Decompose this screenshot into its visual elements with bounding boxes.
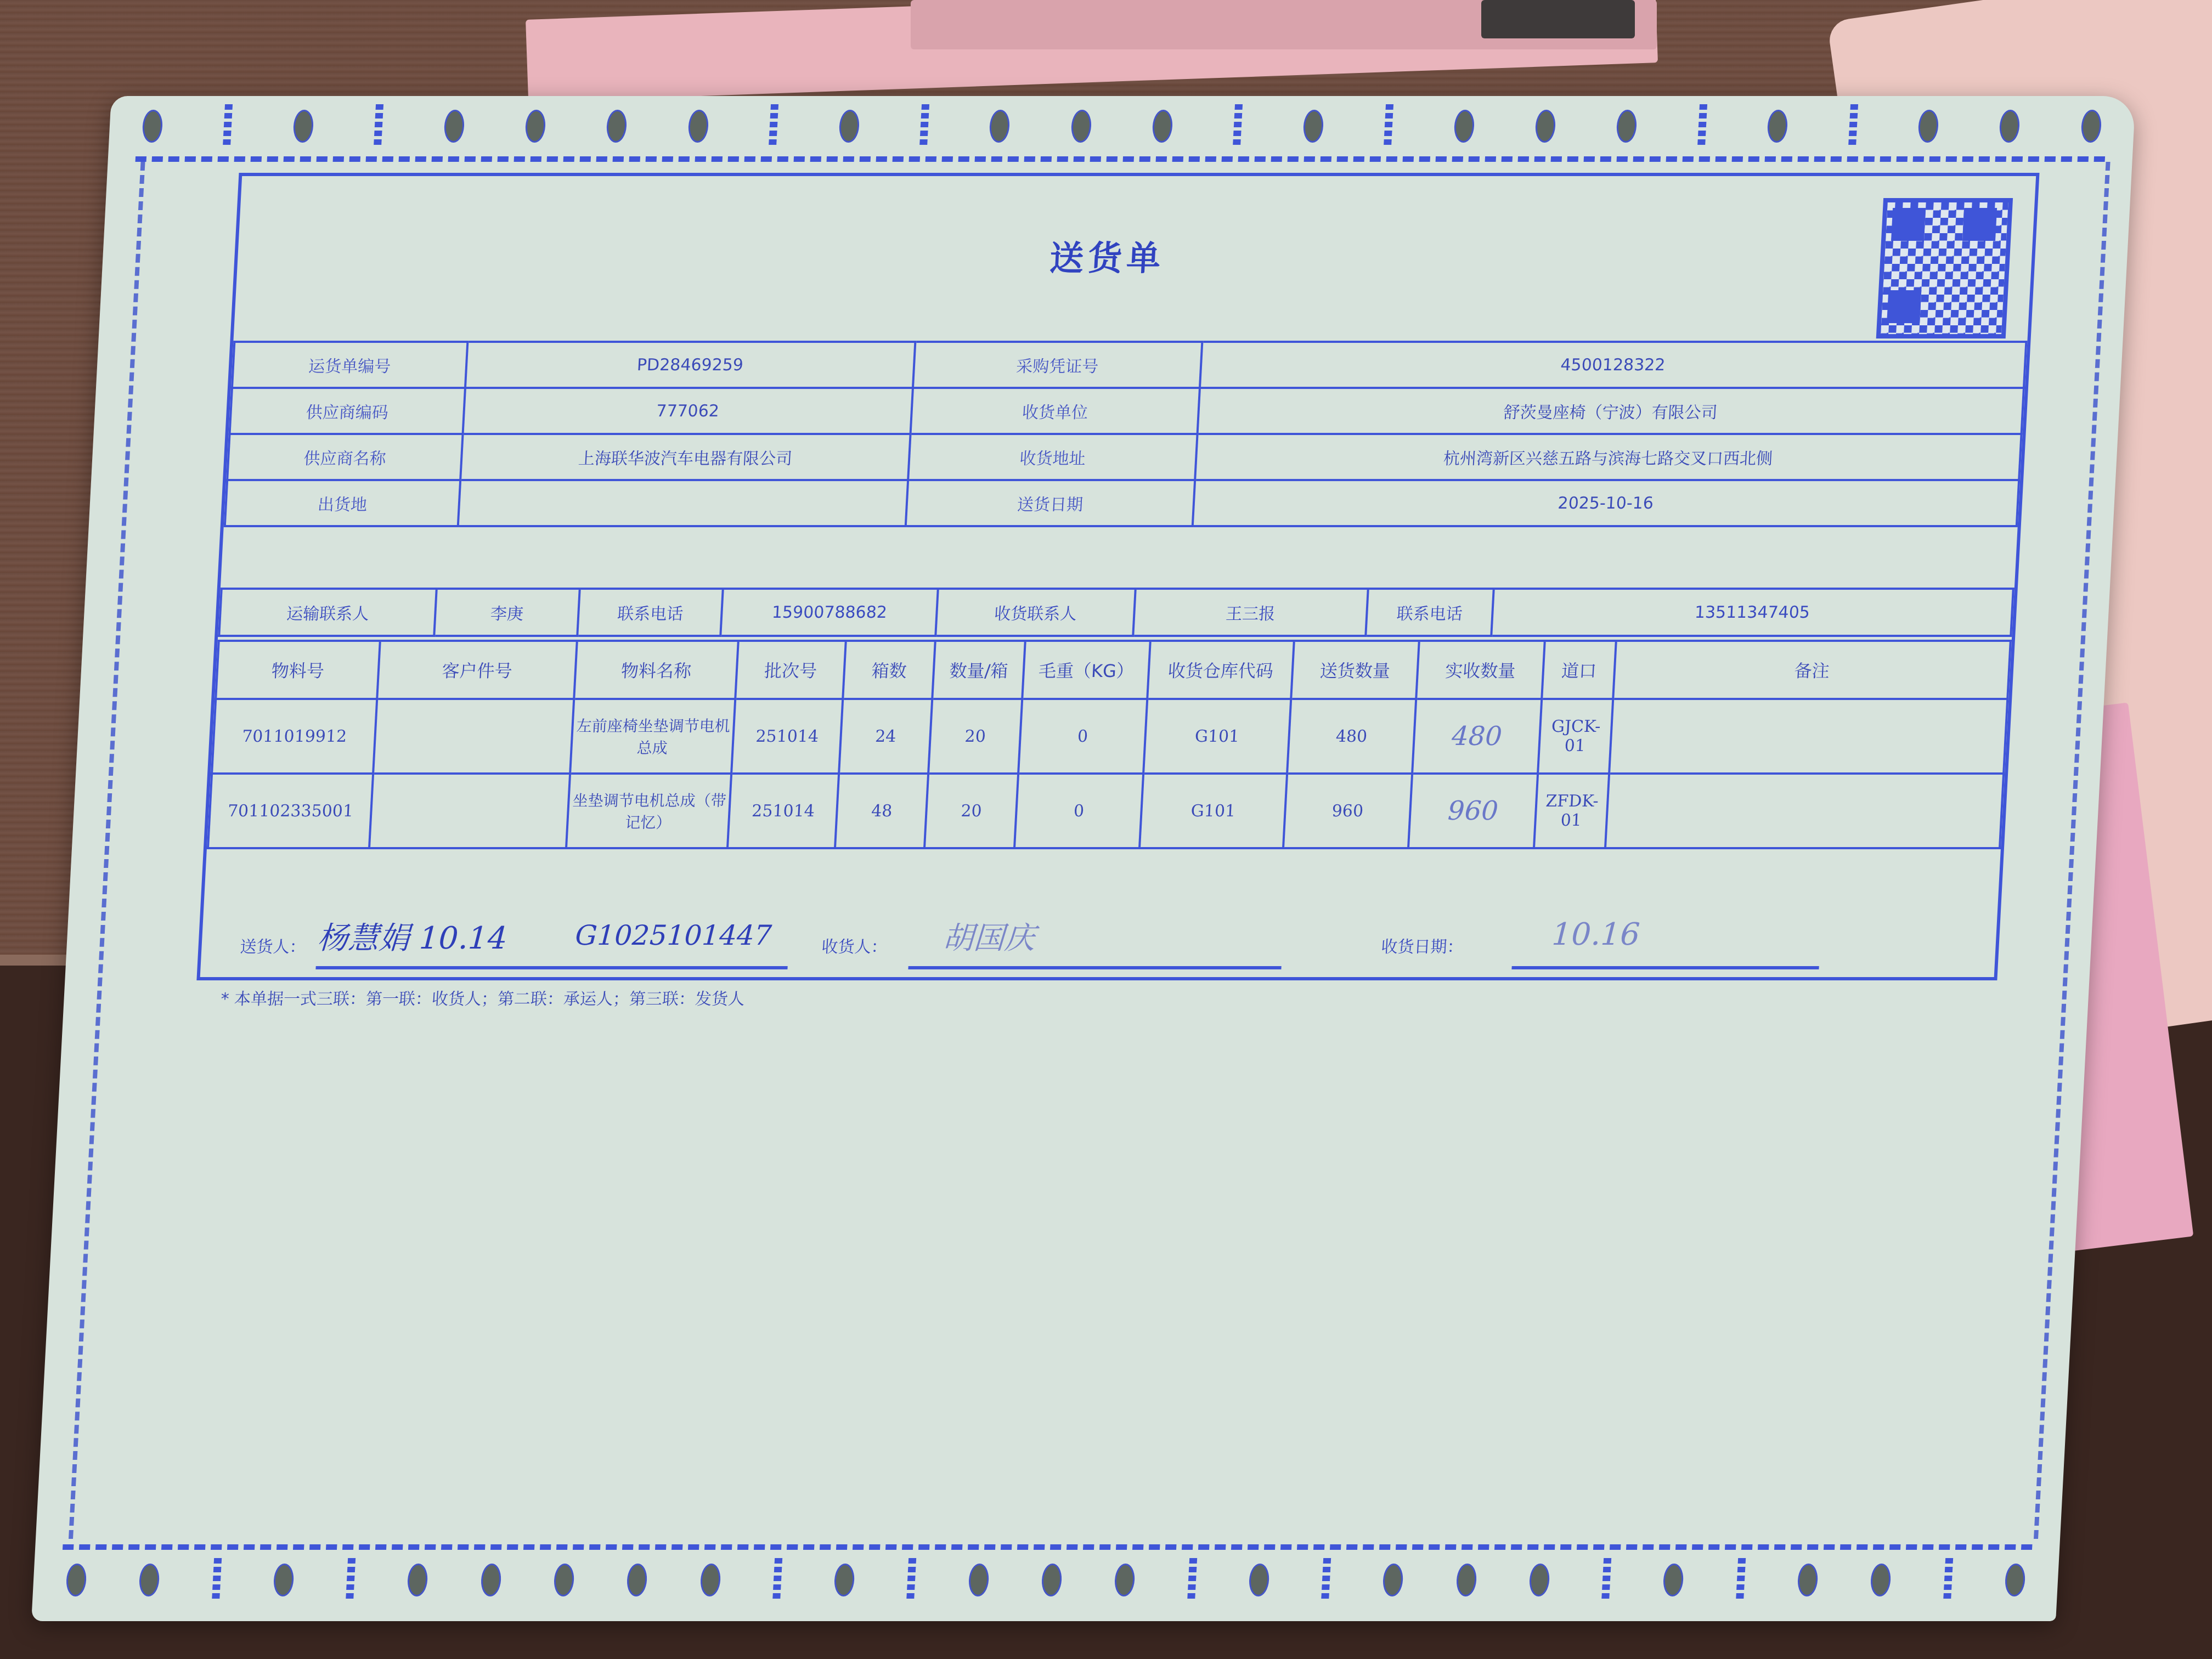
label-receiver-contact: 收货联系人 [936,589,1136,636]
label-delivery-date: 送货日期 [906,480,1195,526]
receiver-label: 收货人： [821,933,888,957]
label-ship-from: 出货地 [225,480,460,526]
cell-gross-weight: 0 [1018,699,1148,774]
document-title: 送货单 [1048,231,1166,280]
label-supplier-code: 供应商编码 [230,388,465,434]
label-receiving-unit: 收货单位 [911,388,1200,434]
label-transport-contact: 运输联系人 [219,589,436,636]
label-po-no: 采购凭证号 [913,342,1202,388]
cell-boxes: 24 [839,699,932,774]
label-delivery-no: 运货单编号 [232,342,467,388]
col-boxes: 箱数 [843,641,935,699]
cell-material-name: 左前座椅坐垫调节电机总成 [570,699,735,774]
col-gross-weight: 毛重（KG） [1022,641,1150,699]
col-qty-per-box: 数量/箱 [933,641,1025,699]
table-row: 701102335001 坐垫调节电机总成（带记忆） 251014 48 20 … [208,774,2004,848]
cell-customer-part [373,699,574,774]
col-warehouse: 收货仓库代码 [1148,641,1294,699]
value-receiving-unit: 舒茨曼座椅（宁波）有限公司 [1197,388,2024,434]
header-info-table: 运货单编号 PD28469259 采购凭证号 4500128322 供应商编码 … [224,341,2028,527]
cell-received-qty-handwritten: 480 [1412,699,1542,774]
value-receiver-contact: 王三报 [1133,589,1368,636]
background-dark-object [1481,0,1635,38]
receiver-underline [908,966,1281,969]
items-header-row: 物料号 客户件号 物料名称 批次号 箱数 数量/箱 毛重（KG） 收货仓库代码 … [216,641,2011,699]
bottom-perforation-line [63,1544,2033,1550]
cell-material-name: 坐垫调节电机总成（带记忆） [566,774,731,848]
value-delivery-date: 2025-10-16 [1192,480,2019,526]
left-perforation-line [69,162,145,1539]
receive-date-label: 收货日期： [1381,933,1464,957]
label-supplier-name: 供应商名称 [227,434,462,480]
qr-code-icon [1876,198,2013,338]
col-material-no: 物料号 [216,641,380,699]
cell-material-no: 701102335001 [208,774,373,848]
signature-row: 送货人： 杨慧娟 10.14 G1025101447 收货人： 胡国庆 收货日期… [233,914,1965,974]
value-delivery-no: PD28469259 [465,342,916,388]
value-supplier-code: 777062 [462,388,913,434]
sender-note-handwritten: G1025101447 [574,919,772,951]
delivery-form: 送货单 运货单编号 PD28469259 采购凭证号 4500128322 供应… [196,173,2039,980]
cell-warehouse: G101 [1143,699,1290,774]
contacts-table: 运输联系人 李庚 联系电话 15900788682 收货联系人 王三报 联系电话… [218,588,2015,637]
value-receiving-address: 杭州湾新区兴慈五路与滨海七路交叉口西北侧 [1195,434,2022,480]
sender-underline [315,966,787,969]
top-sprocket-holes [142,107,2102,145]
sender-label: 送货人： [240,933,307,957]
col-material-name: 物料名称 [574,641,738,699]
delivery-note-sheet: 送货单 运货单编号 PD28469259 采购凭证号 4500128322 供应… [31,96,2136,1621]
cell-gross-weight: 0 [1014,774,1144,848]
value-transport-phone: 15900788682 [721,589,938,636]
col-received-qty: 实收数量 [1416,641,1544,699]
sender-signature-handwritten: 杨慧娟 10.14 [317,914,509,958]
receiver-signature-handwritten: 胡国庆 [942,914,1036,958]
cell-batch: 251014 [731,699,843,774]
cell-delivered-qty: 960 [1283,774,1413,848]
bottom-sprocket-holes [65,1561,2026,1599]
cell-remark [1610,699,2008,774]
col-delivered-qty: 送货数量 [1291,641,1419,699]
receive-date-handwritten: 10.16 [1551,917,1641,952]
cell-dock: ZFDK-01 [1534,774,1610,848]
col-remark: 备注 [1613,641,2011,699]
cell-remark [1605,774,2004,848]
copies-footnote: * 本单据一式三联：第一联：收货人；第二联：承运人；第三联：发货人 [221,985,746,1009]
label-receiver-phone: 联系电话 [1365,589,1493,636]
cell-batch: 251014 [727,774,839,848]
value-ship-from [458,480,908,526]
cell-received-qty-handwritten: 960 [1408,774,1538,848]
cell-material-no: 7011019912 [212,699,377,774]
cell-delivered-qty: 480 [1287,699,1417,774]
cell-qty-per-box: 20 [924,774,1018,848]
value-transport-contact: 李庚 [434,589,580,636]
cell-qty-per-box: 20 [928,699,1022,774]
receive-date-underline [1511,966,1819,969]
value-po-no: 4500128322 [1200,342,2027,388]
top-perforation-line [136,156,2106,162]
col-customer-part: 客户件号 [377,641,577,699]
items-table: 物料号 客户件号 物料名称 批次号 箱数 数量/箱 毛重（KG） 收货仓库代码 … [207,640,2012,849]
value-supplier-name: 上海联华波汽车电器有限公司 [460,434,911,480]
cell-boxes: 48 [835,774,928,848]
cell-warehouse: G101 [1139,774,1286,848]
label-receiving-address: 收货地址 [908,434,1197,480]
cell-customer-part [369,774,570,848]
cell-dock: GJCK-01 [1538,699,1613,774]
table-row: 7011019912 左前座椅坐垫调节电机总成 251014 24 20 0 G… [212,699,2007,774]
col-dock: 道口 [1542,641,1616,699]
value-receiver-phone: 13511347405 [1491,589,2013,636]
col-batch: 批次号 [735,641,846,699]
label-transport-phone: 联系电话 [577,589,723,636]
